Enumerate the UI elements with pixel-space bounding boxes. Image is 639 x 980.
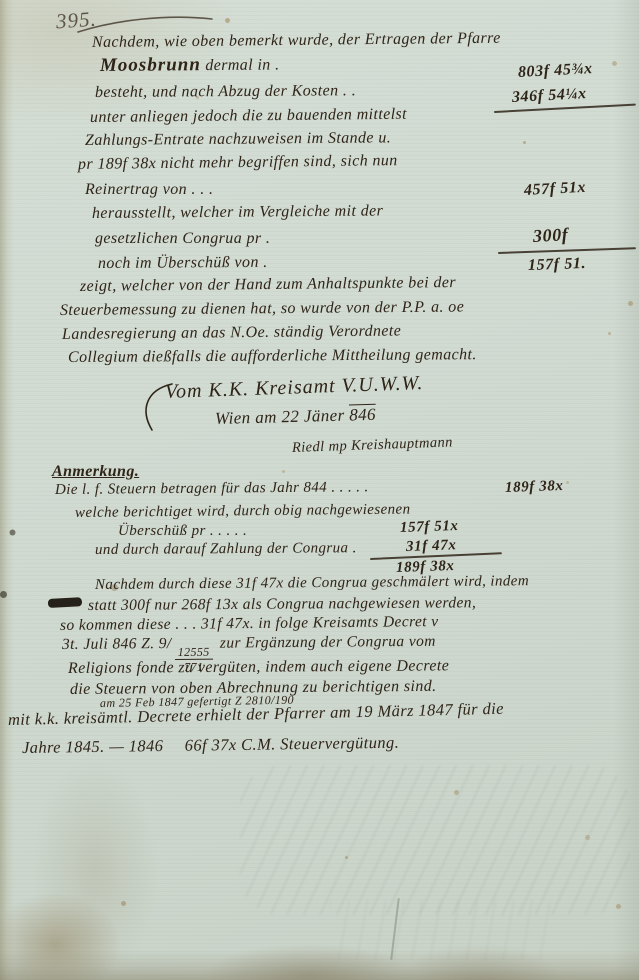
handwritten-line: Collegium dießfalls die aufforderliche M… bbox=[68, 346, 477, 366]
dateline-office: Vom K.K. Kreisamt V.U.W.W. bbox=[165, 372, 424, 403]
amount-value: 157f 51x bbox=[400, 518, 459, 537]
handwritten-line: gesetzlichen Congrua pr . bbox=[95, 230, 270, 248]
dateline-place-date: Wien am 22 Jäner 846 bbox=[215, 406, 376, 429]
handwritten-line: Zahlungs-Entrate nachzuweisen im Stande … bbox=[85, 129, 391, 149]
line-text: dermal in . bbox=[201, 56, 280, 74]
amount-value: 457f 51x bbox=[524, 179, 587, 200]
annotation-line: welche berichtiget wird, durch obig nach… bbox=[75, 501, 411, 521]
handwritten-line: pr 189f 38x nicht mehr begriffen sind, s… bbox=[78, 152, 398, 173]
line-text: 3t. Juli 846 Z. 9/ bbox=[62, 635, 172, 653]
handwritten-line: Nachdem, wie oben bemerkt wurde, der Ert… bbox=[92, 30, 501, 52]
show-through-marks bbox=[330, 900, 550, 960]
amount-value: 157f 51. bbox=[528, 255, 587, 275]
annotation-line: Die l. f. Steuern betragen für das Jahr … bbox=[55, 479, 369, 498]
handwritten-line: Reinertrag von . . . bbox=[85, 181, 213, 199]
dateline-text: Wien am 22 Jäner bbox=[215, 405, 350, 428]
handwritten-line: Landesregierung an das N.Oe. ständig Ver… bbox=[62, 322, 401, 343]
postscript-line: Jahre 1845. — 1846 66f 37x C.M. Steuerve… bbox=[22, 734, 399, 757]
dateline-year: 846 bbox=[349, 405, 376, 425]
sum-rule bbox=[498, 247, 636, 254]
handwritten-line: besteht, und nach Abzug der Kosten . . bbox=[95, 82, 356, 101]
annotation-line: Nachdem durch diese 31f 47x die Congrua … bbox=[95, 573, 529, 593]
ink-blot-strikethrough bbox=[48, 597, 82, 608]
handwritten-line: herausstellt, welcher im Vergleiche mit … bbox=[92, 202, 383, 222]
annotation-heading: Anmerkung. bbox=[52, 463, 139, 481]
handwritten-line: unter anliegen jedoch die zu bauenden mi… bbox=[90, 106, 407, 127]
annotation-line: so kommen diese . . . 31f 47x. in folge … bbox=[60, 613, 439, 634]
amount-value: 300f bbox=[532, 225, 568, 247]
handwritten-line: Moosbrunn dermal in . bbox=[100, 54, 280, 76]
annotation-line: Religions fonde zu vergüten, indem auch … bbox=[68, 657, 449, 677]
amount-value: 31f 47x bbox=[406, 537, 457, 555]
handwritten-line: noch im Überschüß von . bbox=[98, 254, 268, 273]
show-through-marks bbox=[240, 765, 630, 915]
place-name: Moosbrunn bbox=[100, 54, 201, 76]
handwritten-line: Steuerbemessung zu dienen hat, so wurde … bbox=[60, 298, 464, 319]
annotation-line: Überschüß pr . . . . . bbox=[118, 523, 247, 540]
annotation-line: statt 300f nur 268f 13x als Congrua nach… bbox=[88, 594, 476, 614]
handwritten-line: zeigt, welcher von der Hand zum Anhaltsp… bbox=[80, 274, 456, 296]
amount-value: 346f 54¼x bbox=[512, 85, 588, 106]
amount-value: 189f 38x bbox=[505, 478, 564, 497]
postscript-line: mit k.k. kreisämtl. Decrete erhielt der … bbox=[8, 700, 504, 729]
line-text: zur Ergänzung der Congrua vom bbox=[216, 633, 436, 652]
foxing-specks bbox=[0, 0, 3, 3]
manuscript-page: 395. Nachdem, wie oben bemerkt wurde, de… bbox=[0, 0, 639, 980]
fraction-numerator: 12555 bbox=[175, 646, 213, 660]
annotation-line: und durch darauf Zahlung der Congrua . bbox=[95, 540, 357, 558]
signature: Riedl mp Kreishauptmann bbox=[292, 435, 453, 457]
amount-value: 803f 45¾x bbox=[518, 60, 594, 81]
